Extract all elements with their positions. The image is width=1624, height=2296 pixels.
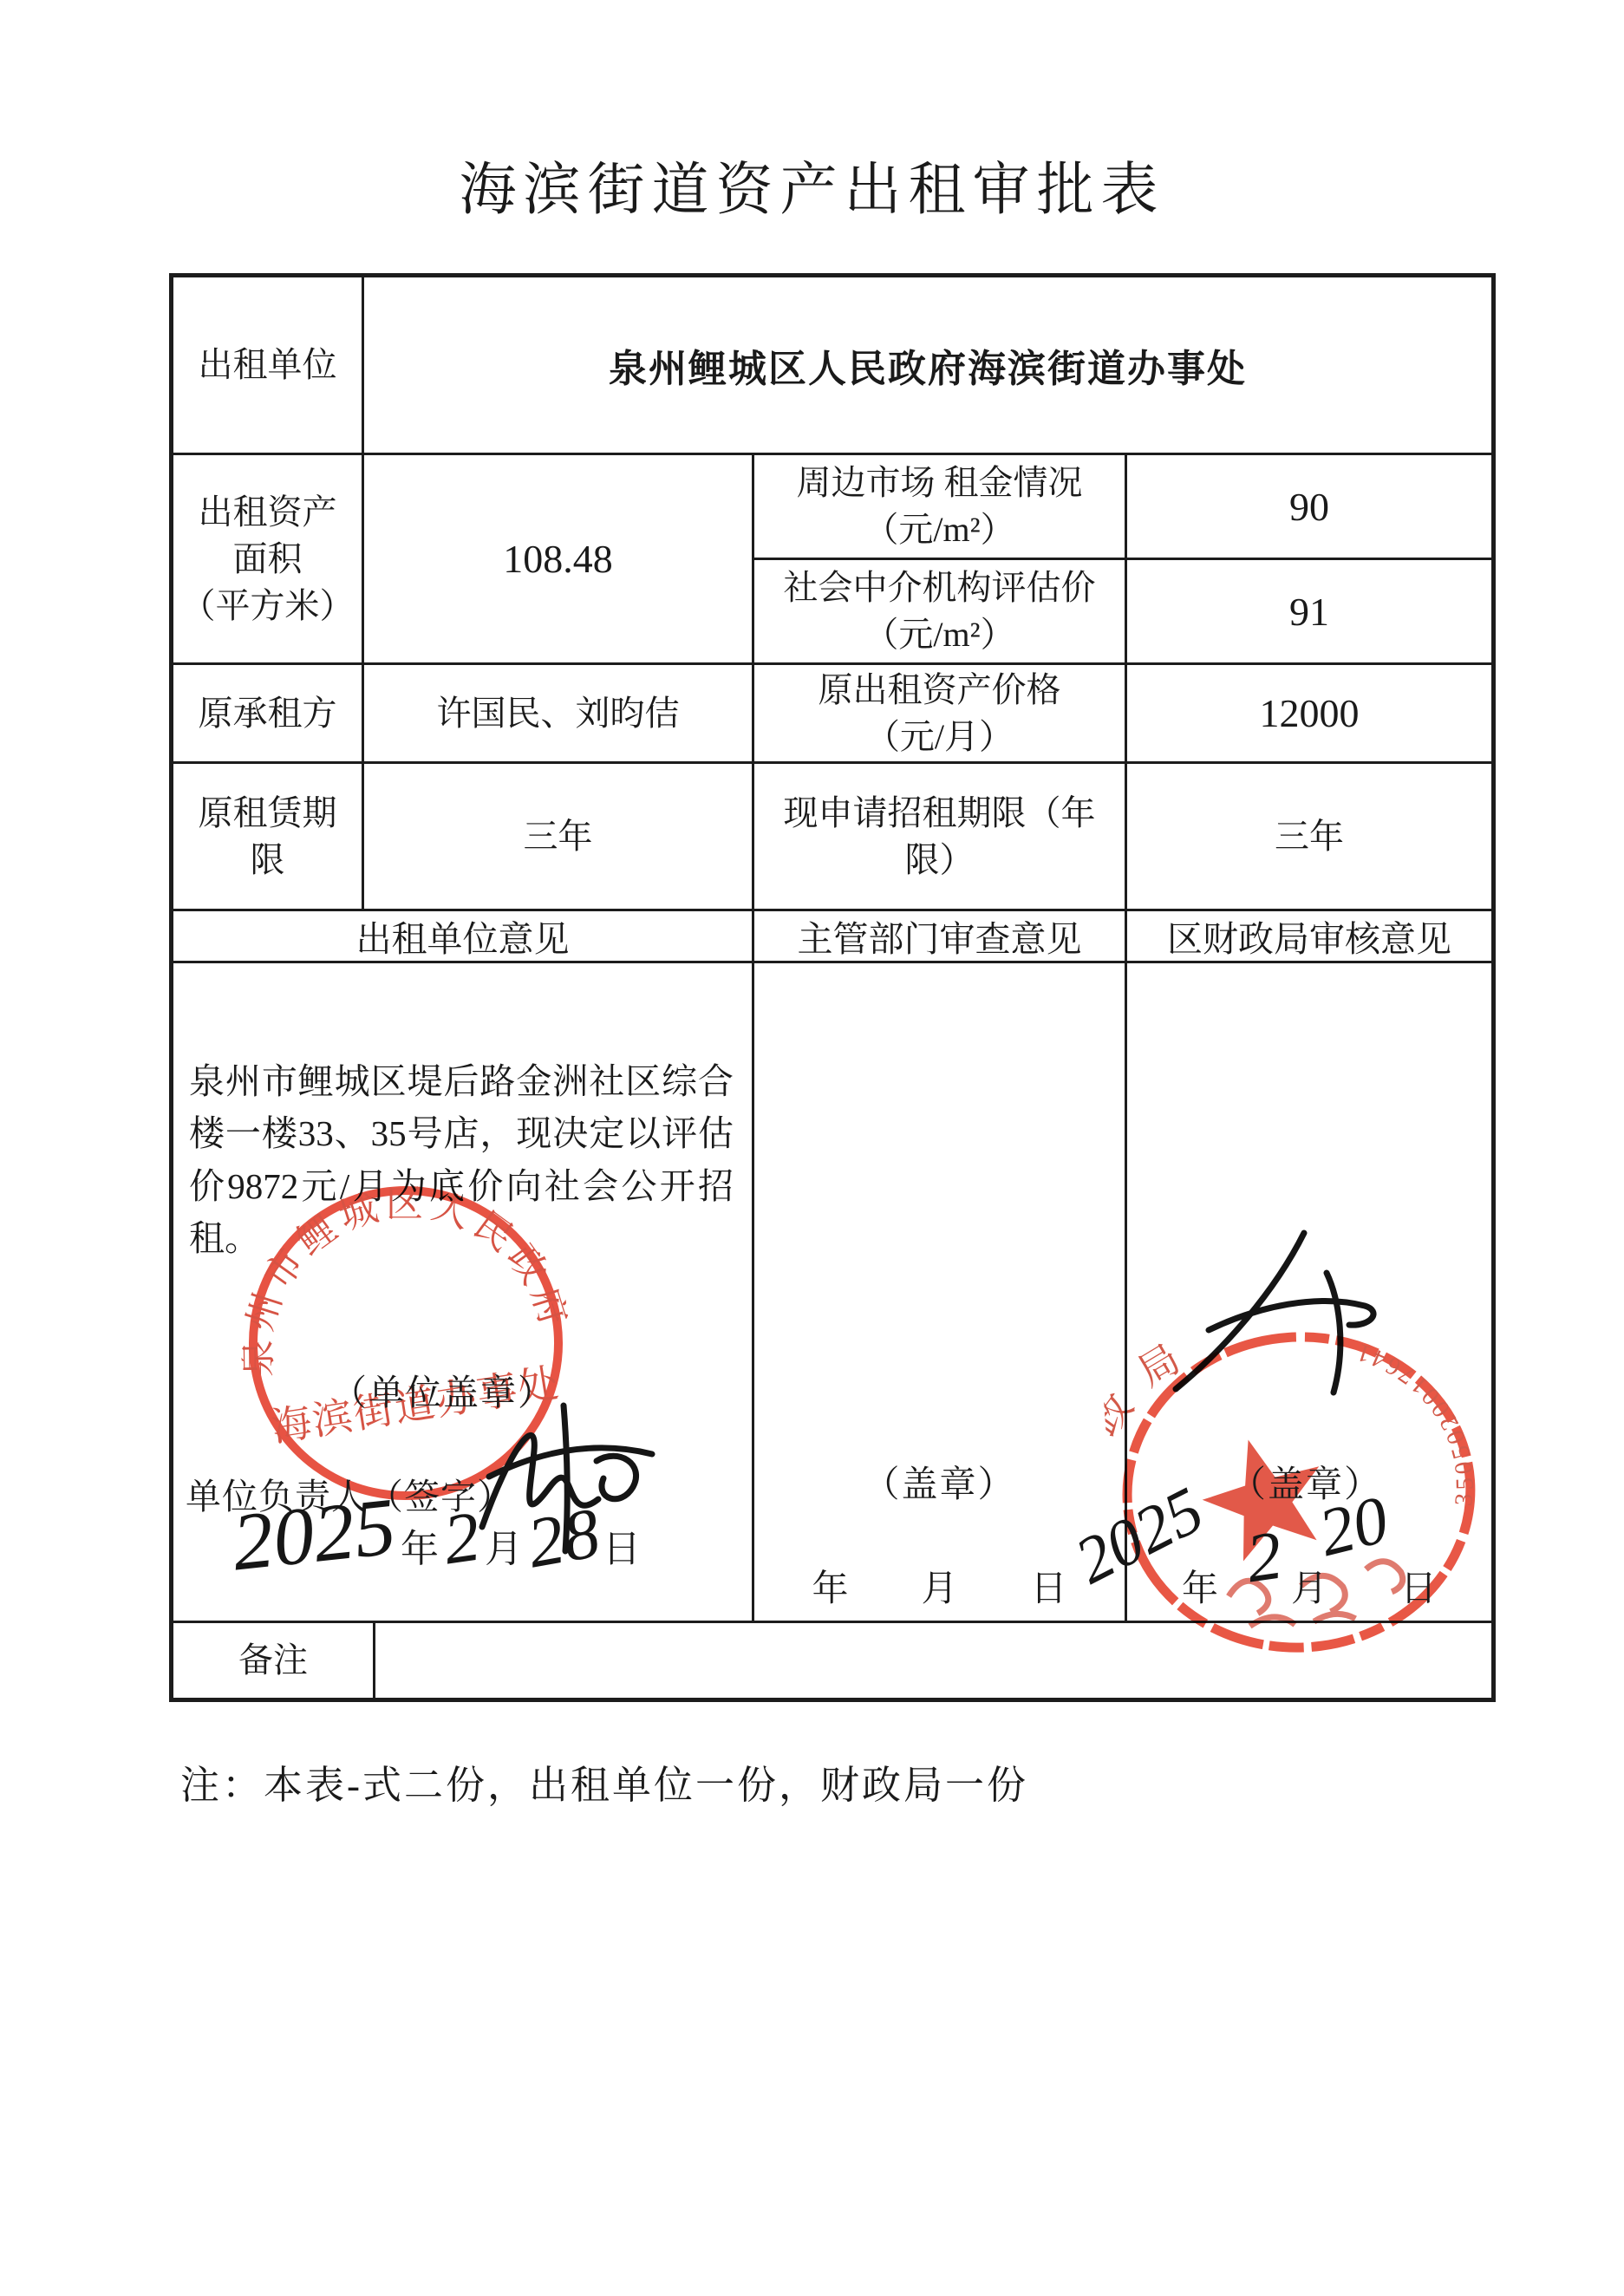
original-term-label: 原租赁期 限: [173, 764, 364, 909]
dept-seal-hint: （盖章）: [754, 1456, 1125, 1508]
day-char: 日: [603, 1517, 641, 1573]
market-rent-value: 90: [1127, 455, 1491, 558]
dept-opinion-header: 主管部门审查意见: [754, 911, 1127, 961]
original-price-label: 原出租资产价格 （元/月）: [754, 665, 1127, 761]
asset-area-value: 108.48: [364, 455, 754, 662]
lessor-unit-label: 出租单位: [173, 277, 364, 453]
year-char: 年: [401, 1517, 439, 1573]
new-term-value: 三年: [1127, 764, 1491, 909]
table-row: 周边市场 租金情况 （元/m²） 90: [754, 455, 1491, 560]
table-row: 出租单位 泉州鲤城区人民政府海滨街道办事处: [173, 277, 1491, 455]
unit-date-year-hand: 2025: [229, 1485, 400, 1583]
finance-date-line: 年 月 日: [1127, 1560, 1491, 1612]
appraisal-value: 91: [1127, 560, 1491, 662]
table-row: 出租单位意见 主管部门审查意见 区财政局审核意见: [173, 911, 1491, 963]
page-title: 海滨街道资产出租审批表: [0, 143, 1624, 225]
unit-date-month-hand: 2: [439, 1501, 484, 1576]
dept-date-line: 年 月 日: [754, 1560, 1125, 1612]
finance-opinion-cell: 财政局 3505020017641: [1127, 963, 1491, 1621]
month-char: 月: [485, 1517, 523, 1573]
asset-area-label: 出租资产 面积 （平方米）: [173, 455, 364, 662]
table-row: 出租资产 面积 （平方米） 108.48 周边市场 租金情况 （元/m²） 90…: [173, 455, 1491, 665]
finance-date-day-hand: 20: [1313, 1485, 1395, 1568]
remark-value: [375, 1623, 1491, 1698]
table-row: 社会中介机构评估价 （元/m²） 91: [754, 560, 1491, 662]
unit-opinion-cell: 泉州市鲤城区堤后路金洲社区综合楼一楼33、35号店，现决定以评估价9872元/月…: [173, 963, 754, 1621]
unit-opinion-header: 出租单位意见: [173, 911, 754, 961]
lessor-unit-value: 泉州鲤城区人民政府海滨街道办事处: [364, 277, 1491, 453]
remark-label: 备注: [173, 1623, 375, 1698]
original-price-value: 12000: [1127, 665, 1491, 761]
table-row: 泉州市鲤城区堤后路金洲社区综合楼一楼33、35号店，现决定以评估价9872元/月…: [173, 963, 1491, 1623]
finance-handwritten-signature: [1164, 1219, 1389, 1406]
dept-opinion-cell: （盖章） 年 月 日: [754, 963, 1127, 1621]
table-row: 原租赁期 限 三年 现申请招租期限（年 限） 三年: [173, 764, 1491, 911]
approval-form-table: 出租单位 泉州鲤城区人民政府海滨街道办事处 出租资产 面积 （平方米） 108.…: [169, 273, 1496, 1702]
new-term-label: 现申请招租期限（年 限）: [754, 764, 1127, 909]
unit-opinion-text: 泉州市鲤城区堤后路金洲社区综合楼一楼33、35号店，现决定以评估价9872元/月…: [189, 1055, 734, 1264]
finance-opinion-header: 区财政局审核意见: [1127, 911, 1491, 961]
unit-date: 2025 年 2 月 28 日: [232, 1494, 644, 1575]
scanned-approval-form: 海滨街道资产出租审批表 出租单位 泉州鲤城区人民政府海滨街道办事处 出租资产 面…: [0, 0, 1624, 2296]
rent-info-subtable: 周边市场 租金情况 （元/m²） 90 社会中介机构评估价 （元/m²） 91: [754, 455, 1491, 662]
original-tenant-label: 原承租方: [173, 665, 364, 761]
appraisal-label: 社会中介机构评估价 （元/m²）: [754, 560, 1127, 662]
form-footnote: 注：本表-式二份，出租单位一份，财政局一份: [180, 1753, 1028, 1810]
market-rent-label: 周边市场 租金情况 （元/m²）: [754, 455, 1127, 558]
unit-date-day-hand: 28: [523, 1497, 605, 1580]
original-tenant-value: 许国民、刘昀佶: [364, 665, 754, 761]
table-row: 原承租方 许国民、刘昀佶 原出租资产价格 （元/月） 12000: [173, 665, 1491, 764]
original-term-value: 三年: [364, 764, 754, 909]
table-row: 备注: [173, 1623, 1491, 1698]
unit-seal-hint: （单位盖章）: [331, 1364, 555, 1415]
